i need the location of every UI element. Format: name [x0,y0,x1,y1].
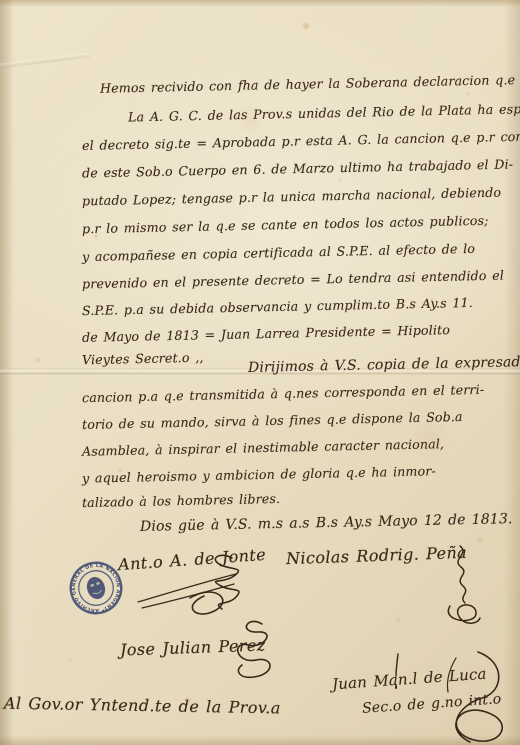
manuscript-line: y acompañese en copia certificada al S.P… [82,243,475,264]
signature-luca-title: Sec.o de g.no int.o [362,692,502,716]
manuscript-line: el decreto sig.te = Aprobada p.r esta A.… [82,130,520,153]
paper-corner-crease [0,53,90,69]
manuscript-line: putado Lopez; tengase p.r la unica march… [82,187,501,208]
manuscript-line: torio de su mando, sirva à los fines q.e… [82,411,463,432]
manuscript-page: Hemos recivido con fha de hayer la Sober… [0,0,520,745]
manuscript-line: La A. G. C. de las Prov.s unidas del Rio… [128,103,520,125]
manuscript-line: Dirijimos à V.S. copia de la expresada [248,355,520,375]
manuscript-line: y aquel heroismo y ambicion de gloria q.… [82,465,436,485]
manuscript-line: de este Sob.o Cuerpo en 6. de Marzo ulti… [82,158,513,180]
manuscript-line: talizado à los hombres libres. [82,493,280,510]
signature-perez: Jose Julian Perez [120,637,266,658]
addressee-line: Al Gov.or Yntend.te de la Prov.a [4,696,281,717]
manuscript-line: cancion p.a q.e transmitida à q.nes corr… [82,384,484,405]
manuscript-line: S.P.E. p.a su debida observancia y cumpl… [82,297,473,318]
manuscript-line: Vieytes Secret.o ,, [82,352,204,367]
manuscript-line: Hemos recivido con fha de hayer la Sober… [100,73,520,95]
manuscript-line: Asamblea, à inspirar el inestimable cara… [82,438,444,458]
manuscript-line: prevenido en el presente decreto = Lo te… [82,270,504,291]
signature-jonte: Ant.o A. de Jonte [118,547,267,573]
signature-rodriguez-pena: Nicolas Rodrig. Peña [286,545,468,567]
manuscript-line: p.r lo mismo ser la q.e se cante en todo… [82,215,489,236]
manuscript-line: de Mayo de 1813 = Juan Larrea Presidente… [82,324,450,344]
valediction-line: Dios güe à V.S. m.s a.s B.s Ay.s Mayo 12… [140,512,513,534]
signature-luca: Juan Man.l de Luca [332,667,487,693]
